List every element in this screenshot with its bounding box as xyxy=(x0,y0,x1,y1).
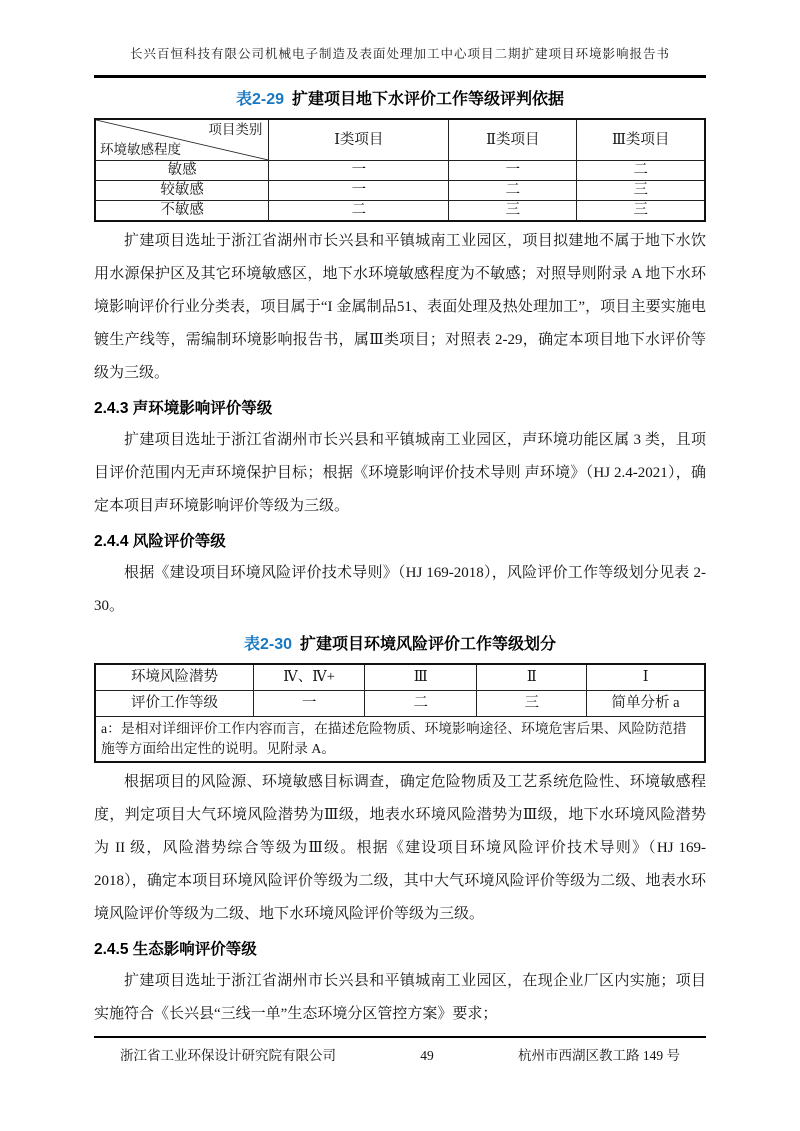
row-label: 较敏感 xyxy=(95,181,269,201)
diagonal-header-cell: 项目类别 环境敏感程度 xyxy=(95,119,269,161)
groundwater-paragraph: 扩建项目选址于浙江省湖州市长兴县和平镇城南工业园区，项目拟建地不属于地下水饮用水… xyxy=(94,225,706,390)
table-cell: 三 xyxy=(449,201,577,222)
table-cell: 二 xyxy=(365,691,477,717)
table-cell: 二 xyxy=(449,181,577,201)
table-cell: 一 xyxy=(269,161,449,181)
header-rule xyxy=(94,75,706,78)
risk-detail-paragraph: 根据项目的风险源、环境敏感目标调查，确定危险物质及工艺系统危险性、环境敏感程度，… xyxy=(94,766,706,931)
row-label: 评价工作等级 xyxy=(95,691,254,717)
table-2-30-title: 表2-30扩建项目环境风险评价工作等级划分 xyxy=(94,635,706,655)
table-cell: 一 xyxy=(449,161,577,181)
report-page: 长兴百恒科技有限公司机械电子制造及表面处理加工中心项目二期扩建项目环境影响报告书… xyxy=(0,0,800,1131)
table-row: a：是相对详细评价工作内容而言，在描述危险物质、环境影响途径、环境危害后果、风险… xyxy=(95,717,705,763)
row-label: 不敏感 xyxy=(95,201,269,222)
table-cell: 一 xyxy=(269,181,449,201)
table-2-29-number: 表2-29 xyxy=(236,91,284,108)
table-cell: Ⅲ xyxy=(365,664,477,691)
ecology-paragraph: 扩建项目选址于浙江省湖州市长兴县和平镇城南工业园区，在现企业厂区内实施；项目实施… xyxy=(94,965,706,1031)
footer-company: 浙江省工业环保设计研究院有限公司 xyxy=(120,1044,336,1064)
table-2-30-title-text: 扩建项目环境风险评价工作等级划分 xyxy=(300,636,556,653)
table-2-29-title-text: 扩建项目地下水评价工作等级评判依据 xyxy=(292,91,564,108)
table-cell: 简单分析 a xyxy=(587,691,705,717)
table-row: 不敏感 二 三 三 xyxy=(95,201,705,222)
section-heading-2-4-3: 2.4.3 声环境影响评价等级 xyxy=(94,397,706,421)
table-cell: Ⅳ、Ⅳ+ xyxy=(254,664,365,691)
table-row: 项目类别 环境敏感程度 Ⅰ类项目 Ⅱ类项目 Ⅲ类项目 xyxy=(95,119,705,161)
table-2-29: 项目类别 环境敏感程度 Ⅰ类项目 Ⅱ类项目 Ⅲ类项目 敏感 一 一 二 较敏感 … xyxy=(94,118,706,222)
table-cell: 三 xyxy=(477,691,587,717)
page-header-title: 长兴百恒科技有限公司机械电子制造及表面处理加工中心项目二期扩建项目环境影响报告书 xyxy=(94,46,706,62)
risk-intro-paragraph: 根据《建设项目环境风险评价技术导则》（HJ 169-2018），风险评价工作等级… xyxy=(94,557,706,623)
row-label: 环境风险潜势 xyxy=(95,664,254,691)
table-cell: 三 xyxy=(577,181,705,201)
row-label: 敏感 xyxy=(95,161,269,181)
table-row: 环境风险潜势 Ⅳ、Ⅳ+ Ⅲ Ⅱ Ⅰ xyxy=(95,664,705,691)
table-cell: 二 xyxy=(577,161,705,181)
table-cell: 一 xyxy=(254,691,365,717)
table-2-30: 环境风险潜势 Ⅳ、Ⅳ+ Ⅲ Ⅱ Ⅰ 评价工作等级 一 二 三 简单分析 a a：… xyxy=(94,663,706,763)
footer-page-number: 49 xyxy=(420,1048,434,1064)
corner-label-bottom: 环境敏感程度 xyxy=(100,142,181,158)
section-heading-2-4-4: 2.4.4 风险评价等级 xyxy=(94,530,706,554)
table-row: 敏感 一 一 二 xyxy=(95,161,705,181)
corner-label-top: 项目类别 xyxy=(208,122,262,138)
footer-address: 杭州市西湖区教工路 149 号 xyxy=(518,1044,680,1064)
table-2-30-number: 表2-30 xyxy=(244,636,292,653)
column-header: Ⅱ类项目 xyxy=(449,119,577,161)
table-cell: 二 xyxy=(269,201,449,222)
page-footer: 浙江省工业环保设计研究院有限公司 49 杭州市西湖区教工路 149 号 xyxy=(94,1036,706,1064)
section-heading-2-4-5: 2.4.5 生态影响评价等级 xyxy=(94,938,706,962)
column-header: Ⅲ类项目 xyxy=(577,119,705,161)
table-2-29-title: 表2-29扩建项目地下水评价工作等级评判依据 xyxy=(94,90,706,110)
table-footnote: a：是相对详细评价工作内容而言，在描述危险物质、环境影响途径、环境危害后果、风险… xyxy=(95,717,705,763)
column-header: Ⅰ类项目 xyxy=(269,119,449,161)
table-cell: 三 xyxy=(577,201,705,222)
table-cell: Ⅰ xyxy=(587,664,705,691)
table-cell: Ⅱ xyxy=(477,664,587,691)
noise-paragraph: 扩建项目选址于浙江省湖州市长兴县和平镇城南工业园区，声环境功能区属 3 类，且项… xyxy=(94,424,706,523)
table-row: 较敏感 一 二 三 xyxy=(95,181,705,201)
table-row: 评价工作等级 一 二 三 简单分析 a xyxy=(95,691,705,717)
